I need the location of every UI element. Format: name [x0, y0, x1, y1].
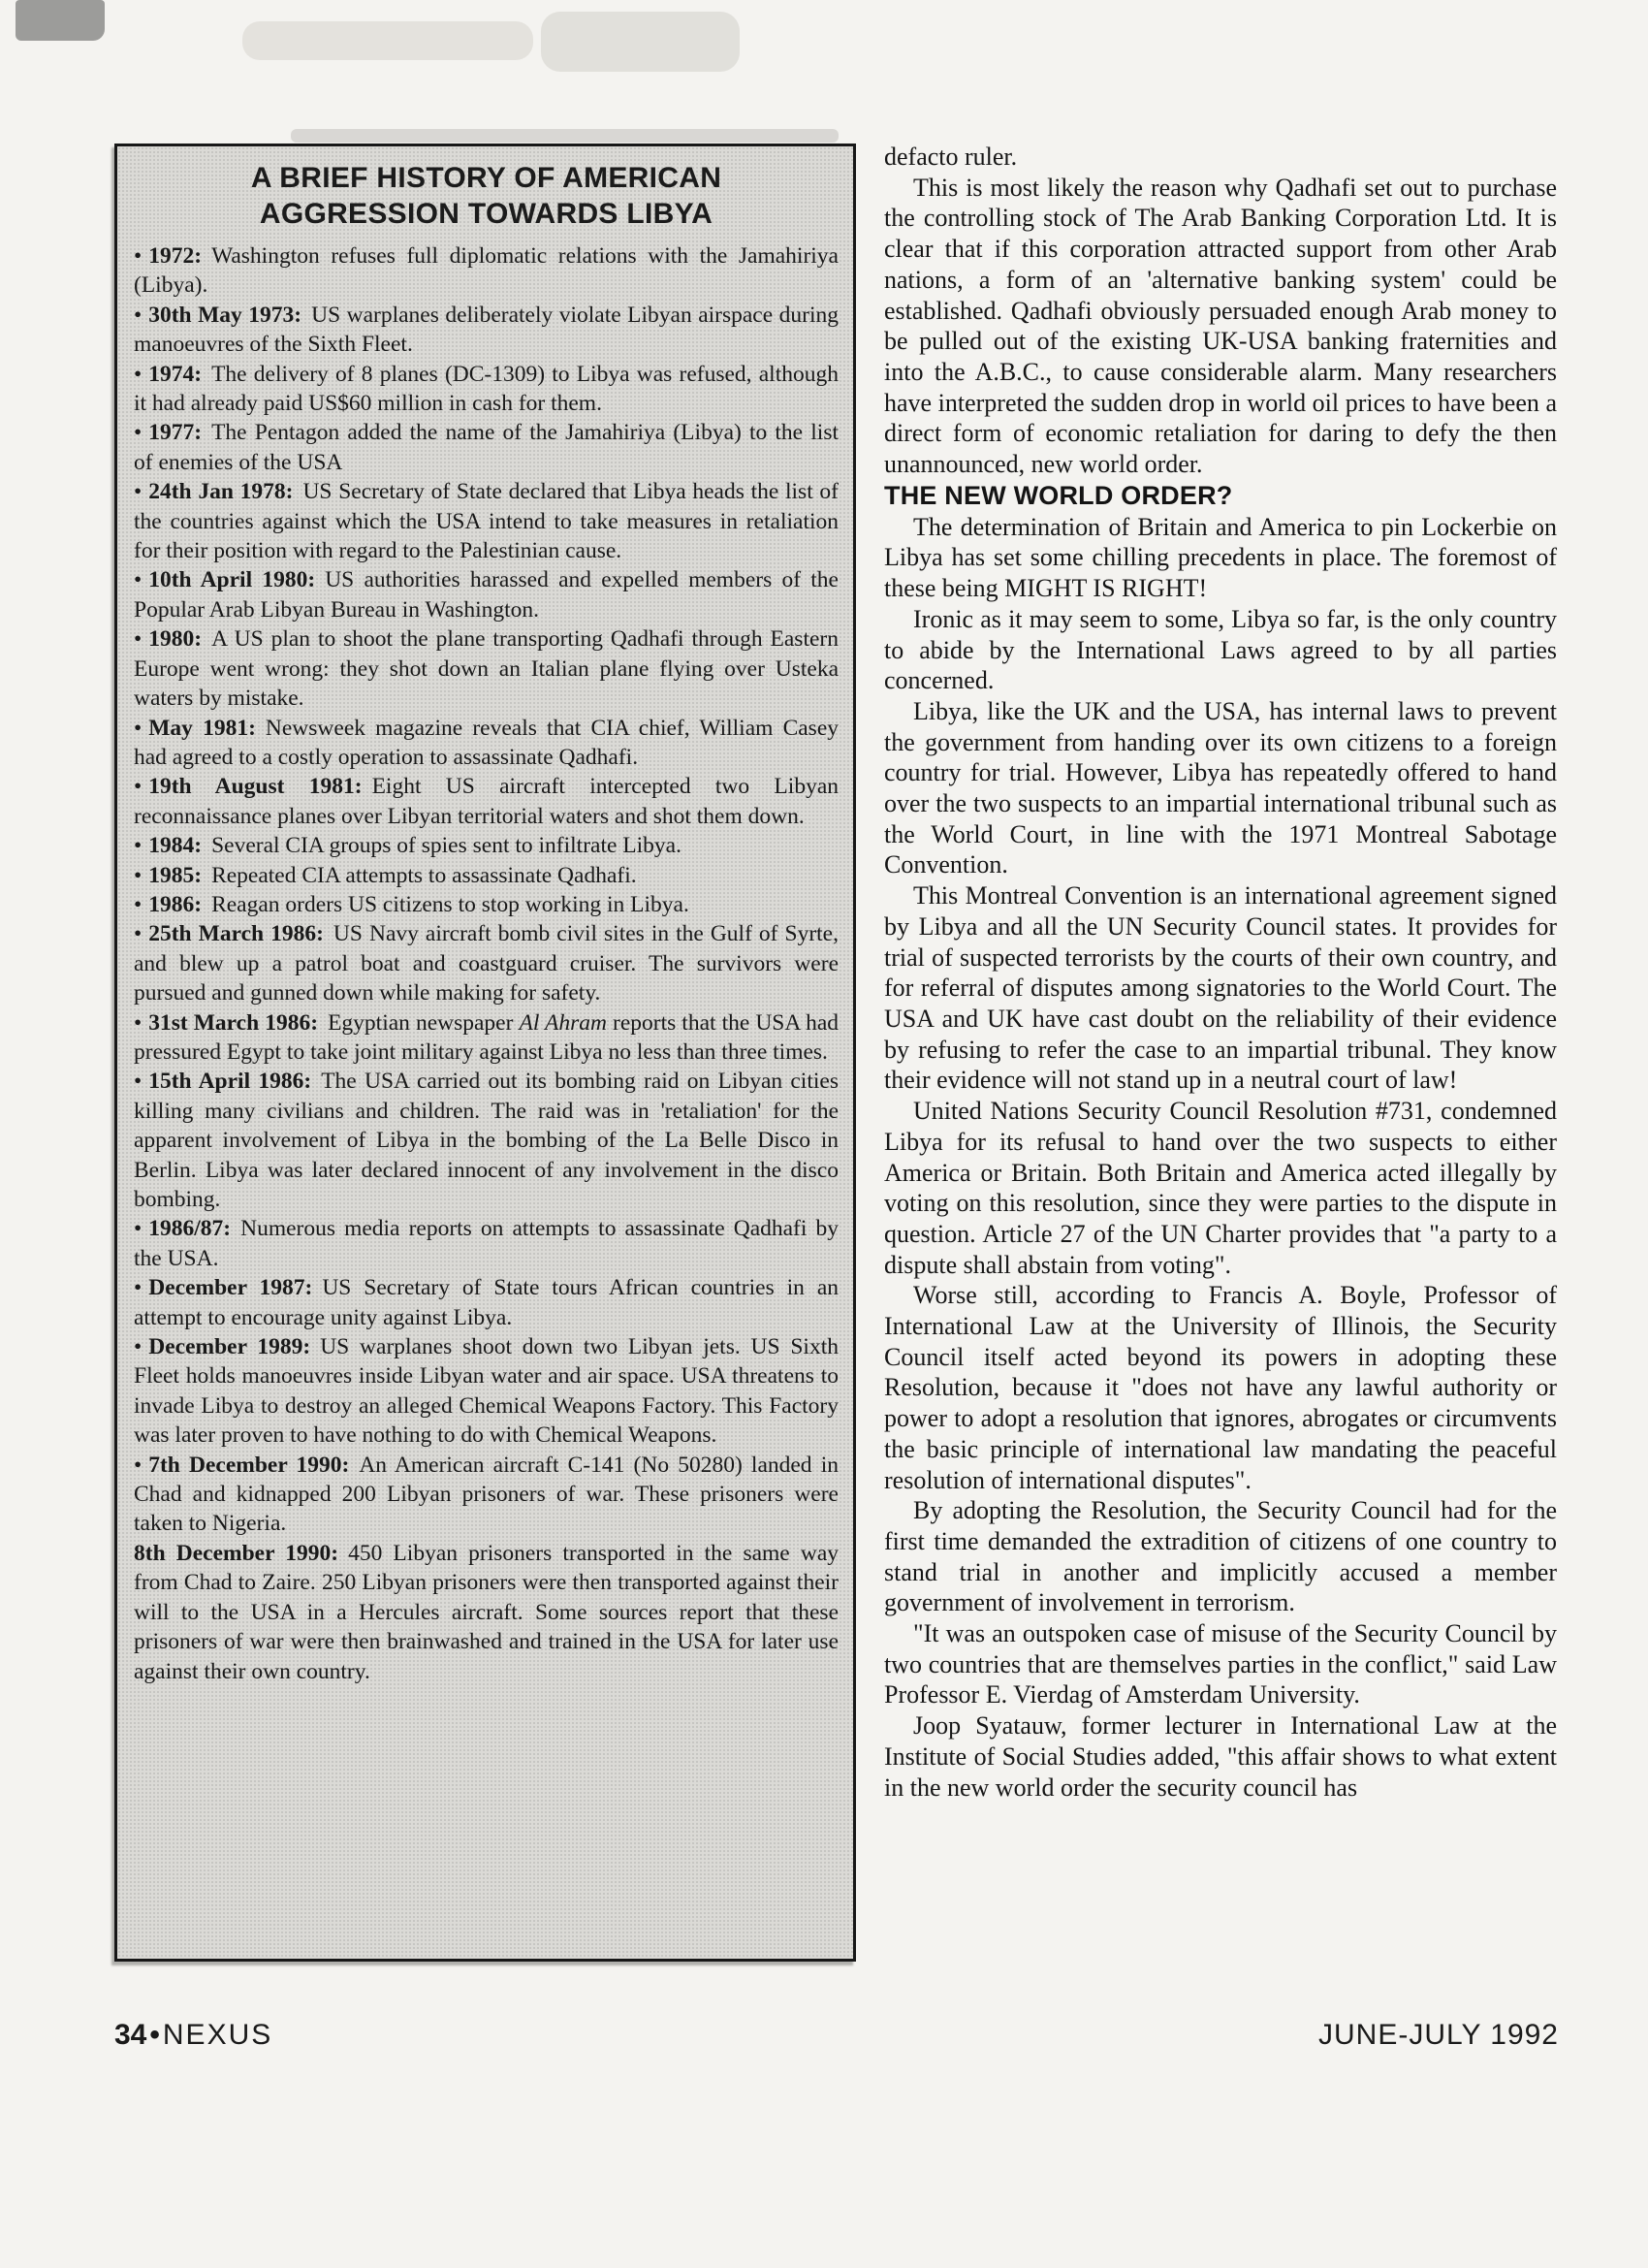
footer-separator-dot: •	[149, 2019, 160, 2051]
sidebar-title-line2: AGGRESSION TOWARDS LIBYA	[260, 198, 713, 230]
article-column: defacto ruler.This is most likely the re…	[884, 142, 1557, 1803]
bullet-icon: •	[134, 303, 142, 328]
entry-date: 1985:	[148, 863, 202, 888]
bullet-icon: •	[134, 774, 142, 799]
bullet-icon: •	[134, 420, 142, 445]
entry-text-italic: Al Ahram	[519, 1010, 606, 1036]
bullet-icon: •	[134, 863, 142, 888]
bullet-icon: •	[134, 626, 142, 652]
timeline-entry: •December 1989:US warplanes shoot down t…	[134, 1332, 839, 1451]
timeline-entry: •1986:Reagan orders US citizens to stop …	[134, 890, 839, 919]
history-sidebar-box: A BRIEF HISTORY OF AMERICAN AGGRESSION T…	[114, 144, 856, 1962]
scan-artifact	[242, 21, 533, 60]
bullet-icon: •	[134, 479, 142, 504]
entry-text: The delivery of 8 planes (DC-1309) to Li…	[134, 362, 839, 416]
scan-artifact	[541, 12, 740, 72]
entry-text: Repeated CIA attempts to assassinate Qad…	[211, 863, 637, 888]
article-paragraph: Ironic as it may seem to some, Libya so …	[884, 604, 1557, 696]
article-paragraph: Joop Syatauw, former lecturer in Interna…	[884, 1710, 1557, 1803]
entry-date: 15th April 1986:	[148, 1069, 311, 1094]
timeline-entry: •May 1981:Newsweek magazine reveals that…	[134, 714, 839, 773]
article-paragraph: "It was an outspoken case of misuse of t…	[884, 1618, 1557, 1710]
timeline-entry: •1980:A US plan to shoot the plane trans…	[134, 624, 839, 713]
footer-page-number: 34•NEXUS	[114, 2019, 272, 2052]
timeline-entry: •10th April 1980:US authorities harassed…	[134, 565, 839, 624]
article-paragraph: Libya, like the UK and the USA, has inte…	[884, 696, 1557, 880]
timeline-entry: •1985:Repeated CIA attempts to assassina…	[134, 861, 839, 890]
entry-date: 19th August 1981:	[148, 774, 362, 799]
article-section-heading: THE NEW WORLD ORDER?	[884, 480, 1557, 512]
bullet-icon: •	[134, 1216, 142, 1241]
article-paragraph: Worse still, according to Francis A. Boy…	[884, 1280, 1557, 1495]
scan-artifact	[16, 0, 105, 41]
timeline-entry: •31st March 1986:Egyptian newspaper Al A…	[134, 1008, 839, 1068]
bullet-icon: •	[134, 716, 142, 741]
footer-issue-date: JUNE-JULY 1992	[1318, 2019, 1559, 2052]
entry-date: December 1989:	[148, 1334, 310, 1359]
entry-date: 1984:	[148, 833, 202, 858]
bullet-icon: •	[134, 1334, 142, 1359]
sidebar-title-line1: A BRIEF HISTORY OF AMERICAN	[251, 162, 721, 194]
article-paragraph: United Nations Security Council Resoluti…	[884, 1096, 1557, 1280]
timeline-entry: •1986/87:Numerous media reports on attem…	[134, 1214, 839, 1273]
entry-date: 24th Jan 1978:	[148, 479, 293, 504]
entry-date: May 1981:	[148, 716, 256, 741]
page-number: 34	[114, 2019, 146, 2051]
timeline-entry: •1984:Several CIA groups of spies sent t…	[134, 831, 839, 860]
timeline-entry: •19th August 1981:Eight US aircraft inte…	[134, 772, 839, 831]
entry-date: 30th May 1973:	[148, 303, 301, 328]
bullet-icon: •	[134, 362, 142, 387]
timeline-entry: •1977:The Pentagon added the name of the…	[134, 418, 839, 477]
scan-artifact	[291, 129, 839, 143]
entry-date: 31st March 1986:	[148, 1010, 318, 1036]
article-paragraph: The determination of Britain and America…	[884, 512, 1557, 604]
timeline-entry: •30th May 1973:US warplanes deliberately…	[134, 301, 839, 360]
timeline-entry: •1974:The delivery of 8 planes (DC-1309)…	[134, 360, 839, 419]
article-paragraph: This is most likely the reason why Qadha…	[884, 173, 1557, 480]
bullet-icon: •	[134, 567, 142, 592]
timeline-entry: 8th December 1990:450 Libyan prisoners t…	[134, 1539, 839, 1686]
entry-date: December 1987:	[148, 1275, 312, 1300]
bullet-icon: •	[134, 243, 142, 269]
timeline-entry: •25th March 1986:US Navy aircraft bomb c…	[134, 919, 839, 1007]
entry-text: Several CIA groups of spies sent to infi…	[211, 833, 681, 858]
timeline-entry: •24th Jan 1978:US Secretary of State dec…	[134, 477, 839, 565]
timeline-entry: •15th April 1986:The USA carried out its…	[134, 1067, 839, 1214]
bullet-icon: •	[134, 1275, 142, 1300]
entry-date: 8th December 1990:	[134, 1541, 338, 1566]
entry-date: 25th March 1986:	[148, 921, 324, 946]
article-paragraph: defacto ruler.	[884, 142, 1557, 173]
bullet-icon: •	[134, 1453, 142, 1478]
bullet-icon: •	[134, 921, 142, 946]
magazine-page: A BRIEF HISTORY OF AMERICAN AGGRESSION T…	[0, 0, 1648, 2268]
timeline-entries: •1972:Washington refuses full diplomatic…	[134, 241, 839, 1686]
entry-text: Washington refuses full diplomatic relat…	[134, 243, 839, 298]
entry-date: 1977:	[148, 420, 202, 445]
bullet-icon: •	[134, 833, 142, 858]
article-paragraph: This Montreal Convention is an internati…	[884, 880, 1557, 1096]
entry-date: 10th April 1980:	[148, 567, 315, 592]
timeline-entry: •December 1987:US Secretary of State tou…	[134, 1273, 839, 1332]
entry-date: 1986/87:	[148, 1216, 231, 1241]
entry-date: 1974:	[148, 362, 202, 387]
bullet-icon: •	[134, 1069, 142, 1094]
entry-date: 1980:	[148, 626, 202, 652]
bullet-icon: •	[134, 1010, 142, 1036]
entry-date: 1972:	[148, 243, 202, 269]
timeline-entry: •1972:Washington refuses full diplomatic…	[134, 241, 839, 301]
sidebar-title: A BRIEF HISTORY OF AMERICAN AGGRESSION T…	[134, 160, 839, 232]
magazine-name: NEXUS	[163, 2019, 272, 2051]
entry-text: A US plan to shoot the plane transportin…	[134, 626, 839, 711]
timeline-entry: •7th December 1990:An American aircraft …	[134, 1451, 839, 1539]
entry-date: 7th December 1990:	[148, 1453, 349, 1478]
entry-text: The Pentagon added the name of the Jamah…	[134, 420, 839, 474]
entry-text: Numerous media reports on attempts to as…	[134, 1216, 839, 1270]
entry-text: Reagan orders US citizens to stop workin…	[211, 892, 689, 917]
page-footer: 34•NEXUS JUNE-JULY 1992	[114, 2019, 1559, 2052]
entry-date: 1986:	[148, 892, 202, 917]
article-paragraph: By adopting the Resolution, the Security…	[884, 1495, 1557, 1618]
entry-text: Egyptian newspaper	[328, 1010, 519, 1036]
bullet-icon: •	[134, 892, 142, 917]
